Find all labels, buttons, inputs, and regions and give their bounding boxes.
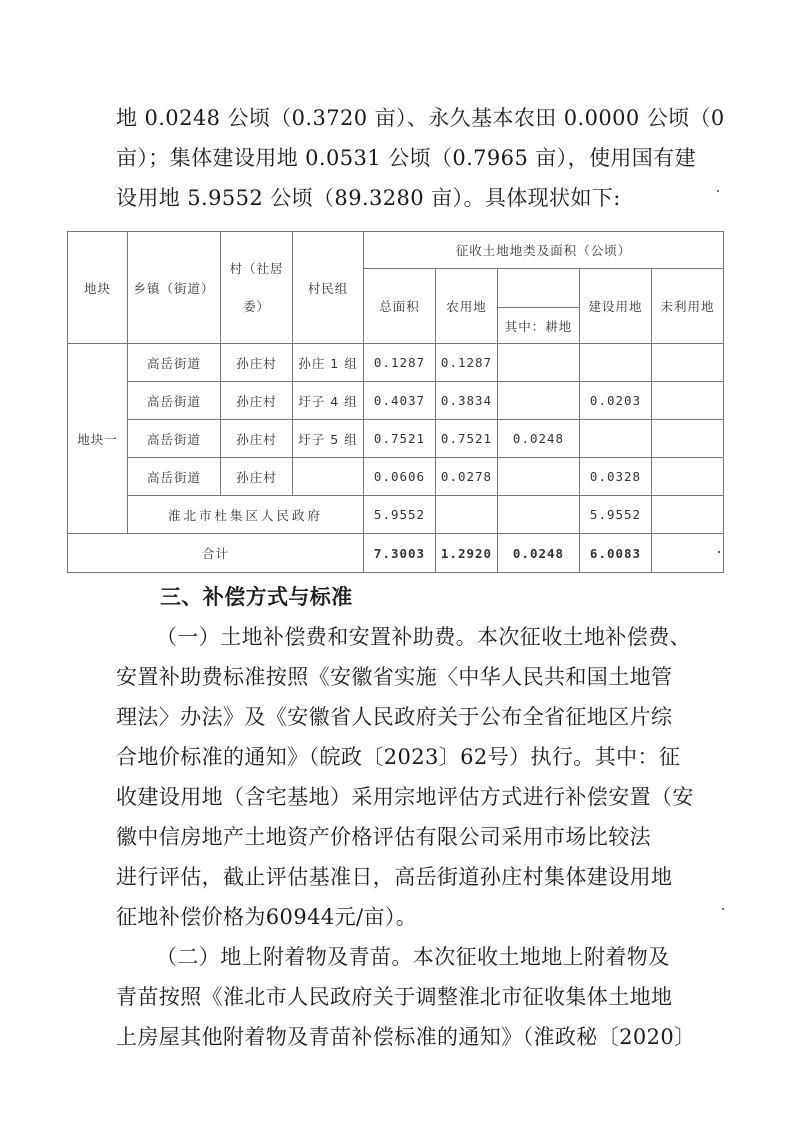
cell-village: 孙庄村 [221, 458, 293, 496]
table-row: 地块一 高岳街道 孙庄村 孙庄 1 组 0.1287 0.1287 [68, 344, 724, 382]
header-unused: 未利用地 [652, 269, 724, 344]
paragraph-line: 青苗按照《淮北市人民政府关于调整淮北市征收集体土地地 [116, 983, 672, 1011]
cell-gov-name: 淮北市杜集区人民政府 [128, 496, 364, 534]
cell-agri: 0.1287 [436, 344, 498, 382]
cell-agri: 0.3834 [436, 382, 498, 420]
cell-construction [580, 420, 652, 458]
cell-group [293, 458, 364, 496]
cell-town: 高岳街道 [128, 420, 221, 458]
cell-unused [652, 382, 724, 420]
cell-town: 高岳街道 [128, 382, 221, 420]
section-heading: 三、补偿方式与标准 [160, 583, 353, 611]
table-row-government: 淮北市杜集区人民政府 5.9552 5.9552 [68, 496, 724, 534]
cell-agri [436, 496, 498, 534]
cell-village: 孙庄村 [221, 382, 293, 420]
cell-unused [652, 534, 724, 573]
paragraph-line: （二）地上附着物及青苗。本次征收土地地上附着物及 [156, 943, 670, 971]
header-total: 总面积 [364, 269, 436, 344]
cell-town: 高岳街道 [128, 344, 221, 382]
cell-total: 0.7521 [364, 420, 436, 458]
paragraph-line: 收建设用地（含宅基地）采用宗地评估方式进行补偿安置（安 [116, 783, 694, 811]
cell-construction: 6.0083 [580, 534, 652, 573]
cell-group: 圩子 4 组 [293, 382, 364, 420]
cell-construction: 5.9552 [580, 496, 652, 534]
paragraph-line: 合地价标准的通知》（皖政〔2023〕62号）执行。其中：征 [116, 743, 680, 771]
cell-agri: 1.2920 [436, 534, 498, 573]
header-construction: 建设用地 [580, 269, 652, 344]
cell-total: 0.4037 [364, 382, 436, 420]
header-of-which-farmland: 其中：耕地 [498, 308, 580, 344]
cell-unused [652, 458, 724, 496]
paragraph-line: 安置补助费标准按照《安徽省实施〈中华人民共和国土地管 [116, 663, 672, 691]
cell-farmland: 0.0248 [498, 534, 580, 573]
cell-construction: 0.0203 [580, 382, 652, 420]
header-village: 村（社居委） [221, 232, 293, 344]
header-group: 村民组 [293, 232, 364, 344]
header-agri: 农用地 [436, 269, 498, 344]
header-plot: 地块 [68, 232, 128, 344]
table-row: 高岳街道 孙庄村 圩子 5 组 0.7521 0.7521 0.0248 [68, 420, 724, 458]
cell-agri: 0.0278 [436, 458, 498, 496]
header-town: 乡镇（街道） [128, 232, 221, 344]
cell-farmland [498, 344, 580, 382]
header-of-which-blank [498, 269, 580, 308]
plot-name: 地块一 [68, 344, 128, 534]
paragraph-line: 上房屋其他附着物及青苗补偿标准的通知》（淮政秘〔2020〕 [116, 1023, 696, 1051]
scan-speck [718, 551, 720, 553]
cell-village: 孙庄村 [221, 420, 293, 458]
cell-construction: 0.0328 [580, 458, 652, 496]
cell-farmland [498, 382, 580, 420]
cell-unused [652, 420, 724, 458]
cell-farmland: 0.0248 [498, 420, 580, 458]
intro-line-2: 亩）；集体建设用地 0.0531 公顷（0.7965 亩），使用国有建 [116, 144, 696, 172]
cell-total: 7.3003 [364, 534, 436, 573]
scan-speck [722, 908, 724, 910]
paragraph-line: 理法〉办法》及《安徽省人民政府关于公布全省征地区片综 [116, 703, 672, 731]
paragraph-line: 进行评估，截止评估基准日，高岳街道孙庄村集体建设用地 [116, 863, 672, 891]
cell-construction [580, 344, 652, 382]
scan-speck [717, 190, 719, 192]
table-row: 高岳街道 孙庄村 0.0606 0.0278 0.0328 [68, 458, 724, 496]
paragraph-line: （一）土地补偿费和安置补助费。本次征收土地补偿费、 [156, 623, 691, 651]
cell-group: 孙庄 1 组 [293, 344, 364, 382]
cell-total: 0.0606 [364, 458, 436, 496]
header-area-group: 征收土地地类及面积（公顷） [364, 232, 724, 269]
cell-unused [652, 344, 724, 382]
cell-village: 孙庄村 [221, 344, 293, 382]
cell-farmland [498, 496, 580, 534]
cell-agri: 0.7521 [436, 420, 498, 458]
cell-unused [652, 496, 724, 534]
paragraph-line: 征地补偿价格为60944元/亩）。 [116, 903, 417, 931]
cell-farmland [498, 458, 580, 496]
cell-town: 高岳街道 [128, 458, 221, 496]
table-row-total: 合计 7.3003 1.2920 0.0248 6.0083 [68, 534, 724, 573]
table-row: 高岳街道 孙庄村 圩子 4 组 0.4037 0.3834 0.0203 [68, 382, 724, 420]
cell-group: 圩子 5 组 [293, 420, 364, 458]
land-status-table: 地块 乡镇（街道） 村（社居委） 村民组 征收土地地类及面积（公顷） 总面积 农… [67, 231, 724, 573]
cell-total: 0.1287 [364, 344, 436, 382]
intro-line-1: 地 0.0248 公顷（0.3720 亩）、永久基本农田 0.0000 公顷（0 [116, 104, 725, 132]
cell-total-label: 合计 [68, 534, 364, 573]
cell-total: 5.9552 [364, 496, 436, 534]
intro-line-3: 设用地 5.9552 公顷（89.3280 亩）。具体现状如下: [116, 184, 621, 212]
paragraph-line: 徽中信房地产土地资产价格评估有限公司采用市场比较法 [116, 823, 651, 851]
